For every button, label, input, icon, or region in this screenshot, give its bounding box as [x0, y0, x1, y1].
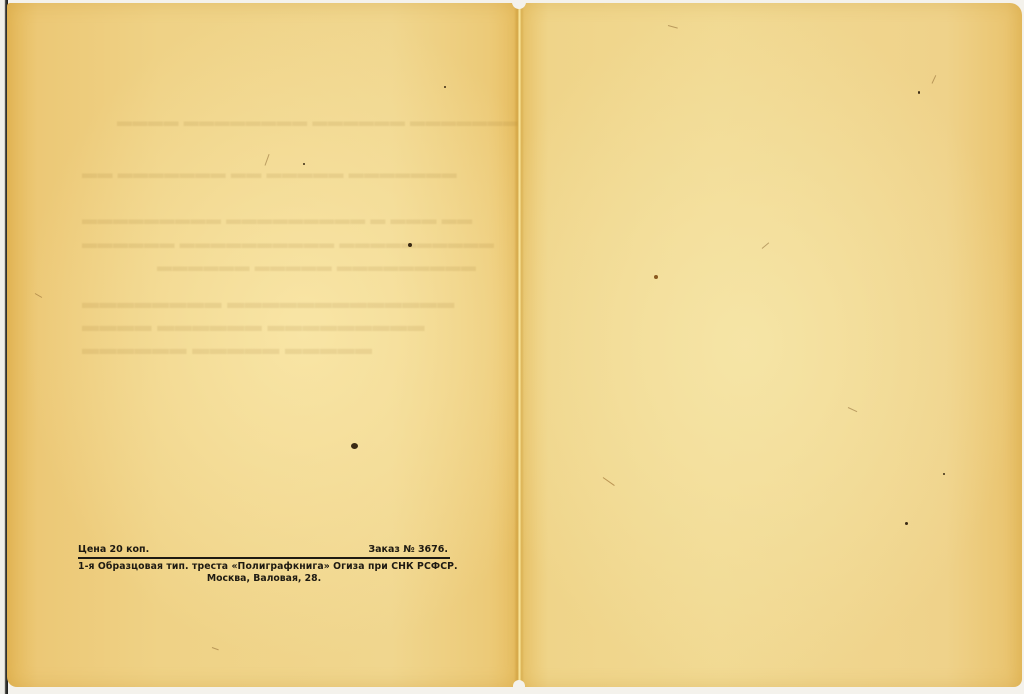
- ink-spot: [303, 163, 305, 165]
- paper-fiber: [668, 25, 678, 29]
- left-page: ▬▬▬▬ ▬▬▬▬▬▬▬▬ ▬▬▬▬▬▬ ▬▬▬▬▬▬▬ ▬▬ ▬▬▬▬▬▬▬ …: [7, 3, 519, 687]
- paper-fiber: [212, 647, 219, 650]
- printer-imprint: Цена 20 коп. Заказ № 3676. 1-я Образцова…: [78, 538, 450, 584]
- right-page: [518, 3, 1022, 687]
- ink-spot: [918, 91, 920, 94]
- imprint-divider: [78, 557, 450, 559]
- show-through-text: ▬▬▬▬ ▬▬▬▬▬▬▬▬ ▬▬▬▬▬▬ ▬▬▬▬▬▬▬: [117, 113, 519, 130]
- ink-spot: [351, 443, 358, 449]
- paper-fiber: [932, 75, 937, 84]
- ink-spot: [905, 522, 908, 525]
- show-through-text: ▬▬▬▬▬▬ ▬▬▬▬▬ ▬▬▬▬▬▬▬▬▬: [157, 258, 476, 275]
- show-through-text: ▬▬▬▬▬▬▬▬ ▬▬▬▬▬▬▬▬▬▬▬▬▬: [82, 293, 455, 313]
- paper-fiber: [848, 407, 857, 412]
- foxing-spot: [654, 275, 658, 279]
- ink-spot: [408, 243, 412, 247]
- show-through-text: ▬▬▬▬▬▬ ▬▬▬▬▬ ▬▬▬▬▬: [82, 339, 372, 359]
- spine-notch-bottom: [513, 680, 525, 694]
- paper-fiber: [265, 154, 270, 166]
- show-through-text: ▬▬ ▬▬▬▬▬▬▬ ▬▬ ▬▬▬▬▬ ▬▬▬▬▬▬▬: [82, 165, 457, 182]
- imprint-header-row: Цена 20 коп. Заказ № 3676.: [78, 538, 450, 555]
- show-through-text: ▬▬▬▬▬▬ ▬▬▬▬▬▬▬▬▬▬ ▬▬▬▬▬▬▬▬▬▬: [82, 235, 494, 252]
- printer-line-text: 1-я Образцовая тип. треста «Полиграфкниг…: [78, 561, 450, 572]
- show-through-text: ▬▬▬▬▬▬▬▬▬ ▬▬▬▬▬▬▬▬▬ ▬ ▬▬▬ ▬▬: [82, 211, 473, 228]
- paper-fiber: [35, 293, 42, 298]
- ink-spot: [943, 473, 945, 475]
- price-text: Цена 20 коп.: [78, 544, 149, 555]
- ink-spot: [444, 86, 446, 88]
- show-through-text: ▬▬▬▬ ▬▬▬▬▬▬ ▬▬▬▬▬▬▬▬▬: [82, 316, 425, 336]
- paper-fiber: [762, 242, 770, 249]
- paper-fiber: [603, 477, 615, 486]
- printer-address-text: Москва, Валовая, 28.: [78, 573, 450, 584]
- order-number-text: Заказ № 3676.: [368, 544, 448, 555]
- spine-crease: [514, 6, 524, 686]
